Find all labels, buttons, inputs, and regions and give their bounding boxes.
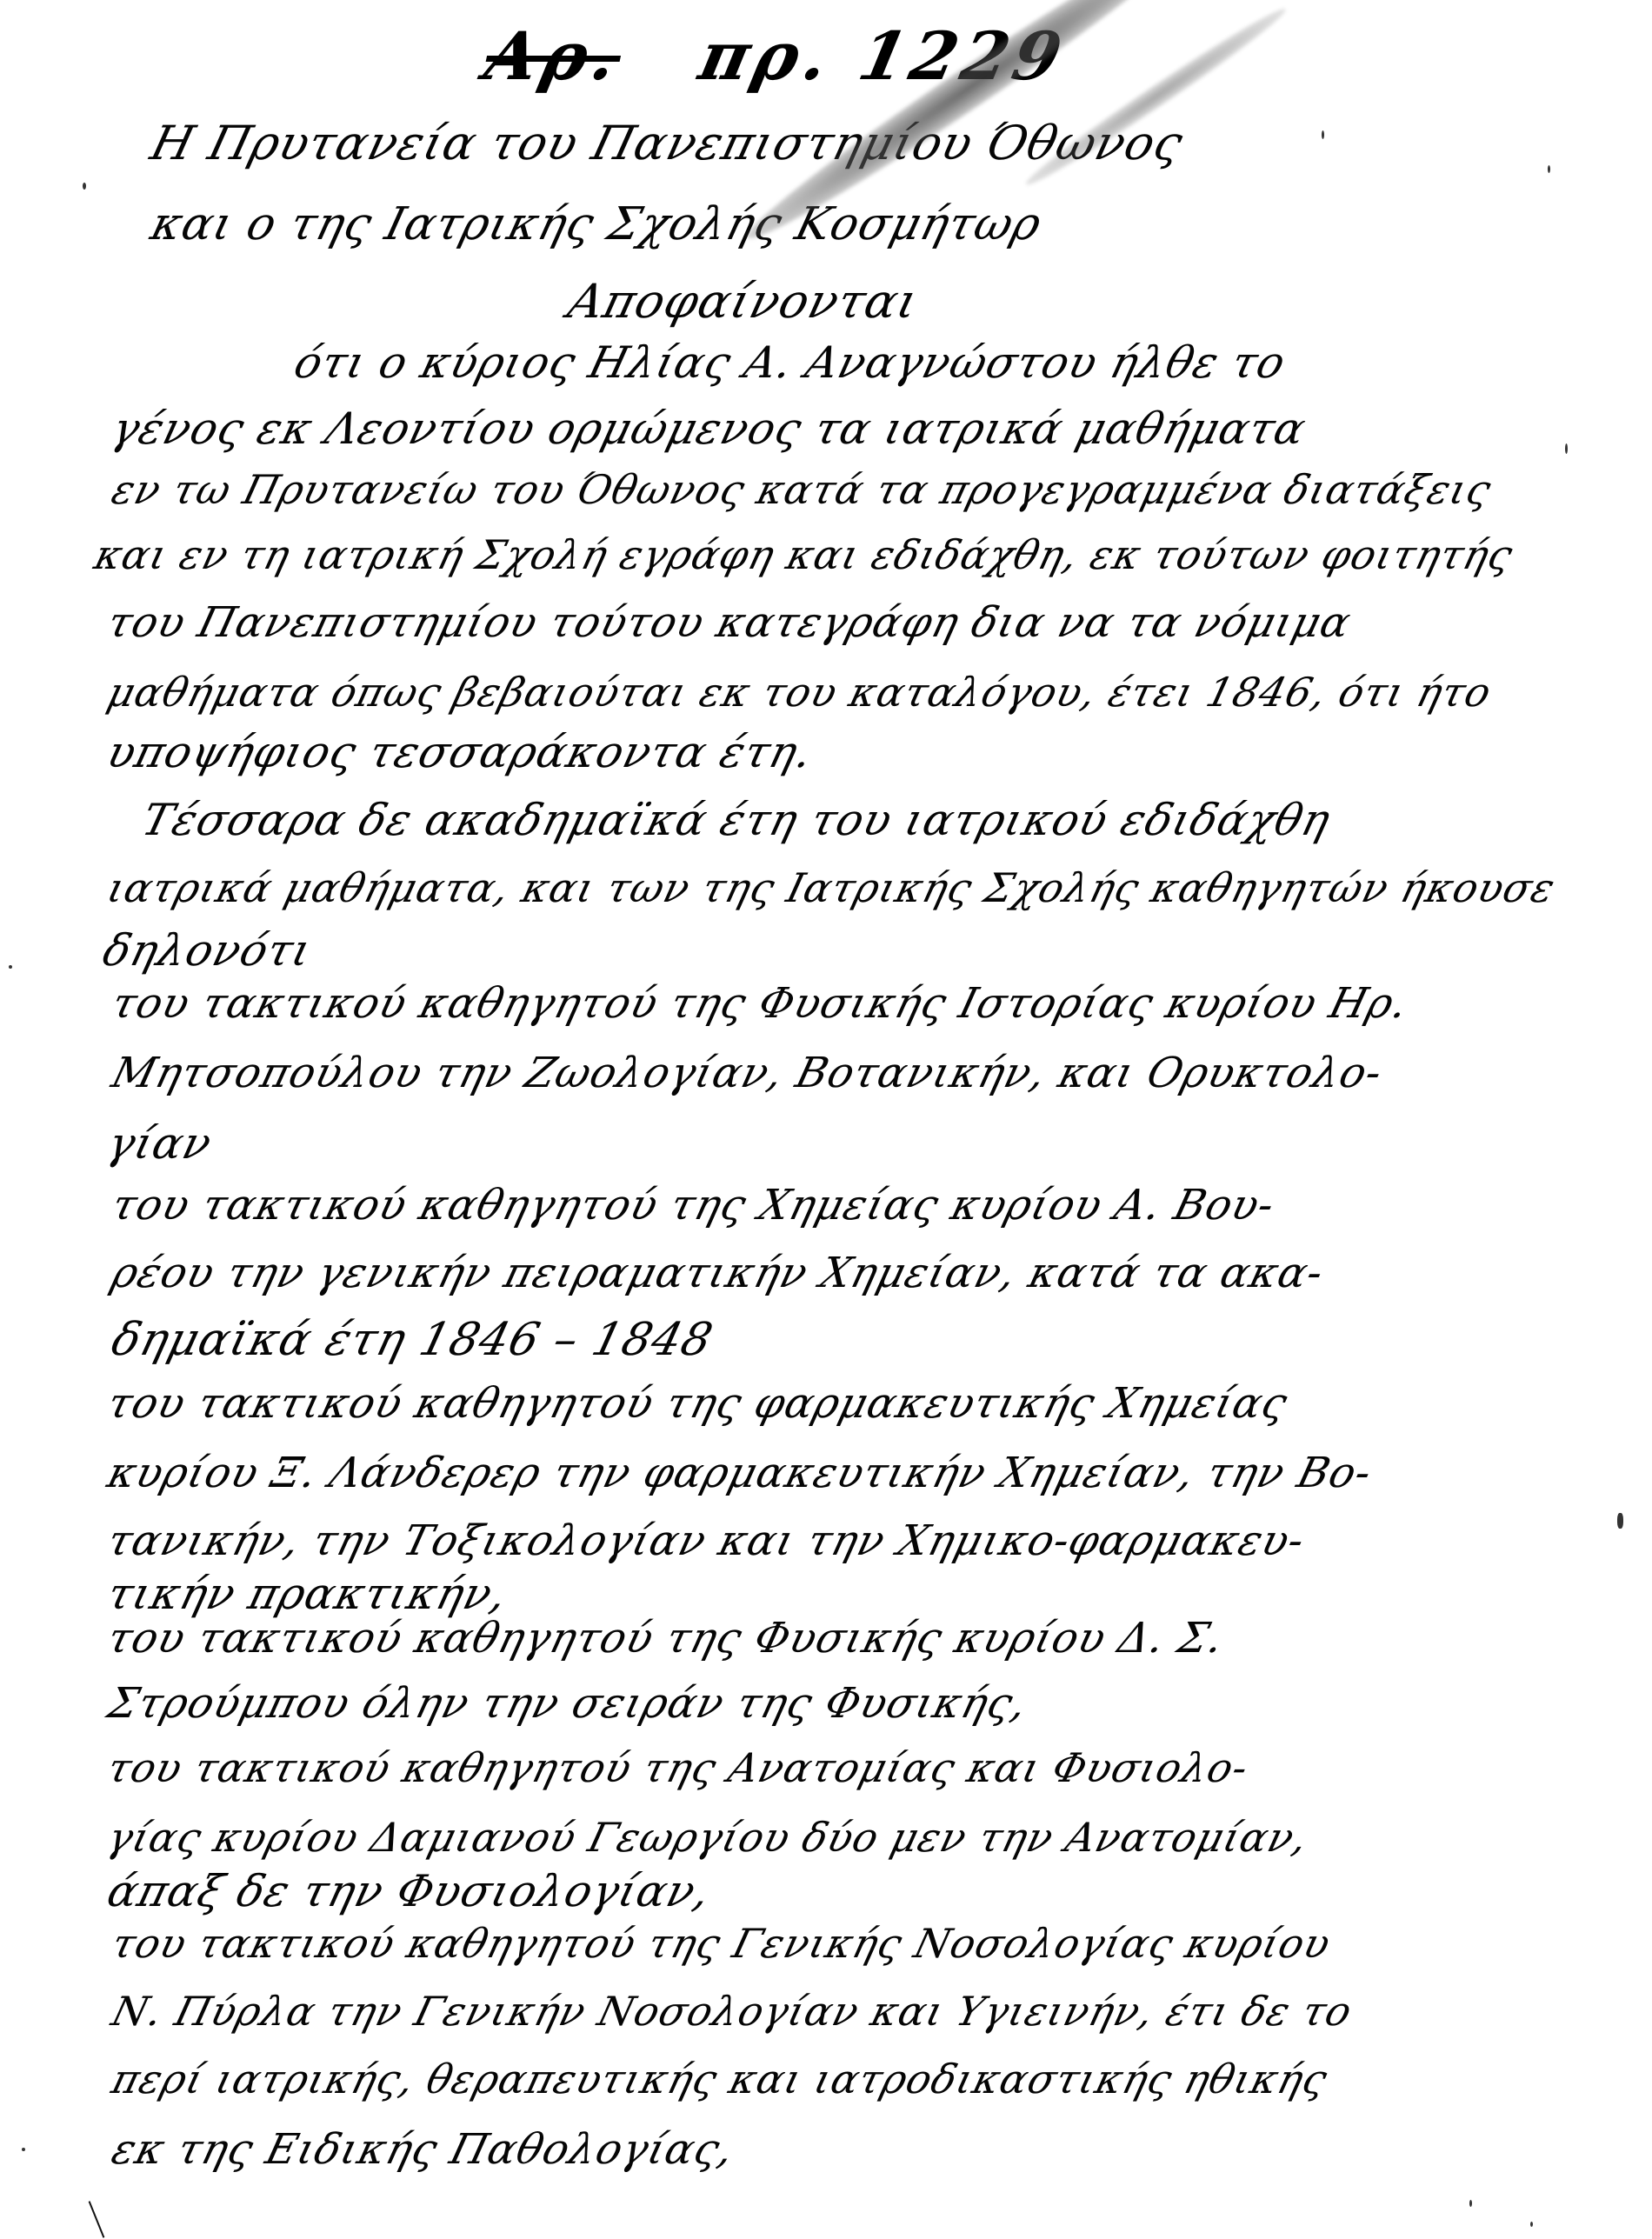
scanned-document-page: Αρ. πρ. 1229 Η Πρυτανεία του Πανεπιστημί… xyxy=(0,0,1652,2239)
body-line: υποψήφιος τεσσαράκοντα έτη. xyxy=(103,730,817,774)
scan-speck xyxy=(1548,165,1550,173)
body-line: του τακτικού καθηγητού της φαρμακευτικής… xyxy=(103,1383,1292,1424)
scan-speck xyxy=(9,965,12,969)
struck-header-text: Αρ. xyxy=(479,17,629,95)
body-line: γίας κυρίου Δαμιανού Γεωργίου δύο μεν τη… xyxy=(103,1817,1312,1857)
body-line: του τακτικού καθηγητού της Χημείας κυρίο… xyxy=(108,1184,1279,1226)
body-line: περί ιατρικής, θεραπευτικής και ιατροδικ… xyxy=(108,2059,1331,2099)
body-line: γίαν xyxy=(103,1122,216,1165)
body-line: μαθήματα όπως βεβαιούται εκ του καταλόγο… xyxy=(103,672,1495,712)
body-line: εκ της Ειδικής Παθολογίας, xyxy=(108,2129,738,2170)
body-line: ιατρικά μαθήματα, και των της Ιατρικής Σ… xyxy=(103,868,1559,908)
scan-speck xyxy=(1565,443,1568,454)
body-line: γένος εκ Λεοντίου ορμώμενος τα ιατρικά μ… xyxy=(108,407,1310,450)
body-line: ότι ο κύριος Ηλίας Α. Αναγνώστου ήλθε το xyxy=(290,341,1290,384)
body-line: Ν. Πύρλα την Γενικήν Νοσολογίαν και Υγιε… xyxy=(108,1991,1356,2031)
scan-speck xyxy=(83,183,86,190)
body-line: εν τω Πρυτανείω του Όθωνος κατά τα προγε… xyxy=(108,470,1495,510)
body-line: του Πανεπιστημίου τούτου κατεγράφη δια ν… xyxy=(103,602,1356,643)
title-line-rectorate: Η Πρυτανεία του Πανεπιστημίου Όθωνος xyxy=(146,120,1188,167)
scan-speck xyxy=(22,2148,25,2151)
body-line: ρέου την γενικήν πειραματικήν Χημείαν, κ… xyxy=(108,1252,1328,1294)
title-line-dean: και ο της Ιατρικής Σχολής Κοσμήτωρ xyxy=(147,202,1046,247)
scan-speck xyxy=(1530,2222,1533,2227)
body-line-years: δημαϊκά έτη 1846 – 1848 xyxy=(108,1317,718,1363)
body-line: του τακτικού καθηγητού της Γενικής Νοσολ… xyxy=(108,1923,1335,1963)
body-line: και εν τη ιατρική Σχολή εγράφη και εδιδά… xyxy=(90,535,1517,575)
body-line: τικήν πρακτικήν, xyxy=(103,1572,512,1616)
body-line: του τακτικού καθηγητού της Φυσικής Ιστορ… xyxy=(108,983,1412,1024)
scan-speck xyxy=(1469,2200,1472,2207)
body-line: Μητσοπούλου την Ζωολογίαν, Βοτανικήν, κα… xyxy=(108,1052,1387,1094)
body-line: Τέσσαρα δε ακαδημαϊκά έτη του ιατρικού ε… xyxy=(138,798,1336,842)
body-line: δηλονότι xyxy=(99,929,316,972)
protocol-label: πρ. xyxy=(693,17,841,95)
margin-mark xyxy=(89,2201,105,2237)
body-line: του τακτικού καθηγητού της Ανατομίας και… xyxy=(103,1748,1252,1788)
body-line: τανικήν, την Τοξικολογίαν και την Χημικο… xyxy=(103,1520,1309,1562)
title-line-declare: Αποφαίνονται xyxy=(563,278,923,325)
scan-speck xyxy=(1322,130,1324,139)
body-line: Στρούμπου όλην την σειράν της Φυσικής, xyxy=(103,1683,1031,1724)
body-line: κυρίου Ξ. Λάνδερερ την φαρμακευτικήν Χημ… xyxy=(103,1452,1376,1494)
body-line: του τακτικού καθηγητού της Φυσικής κυρίο… xyxy=(103,1617,1229,1659)
body-line: άπαξ δε την Φυσιολογίαν, xyxy=(103,1869,716,1913)
scan-speck xyxy=(1617,1513,1623,1529)
